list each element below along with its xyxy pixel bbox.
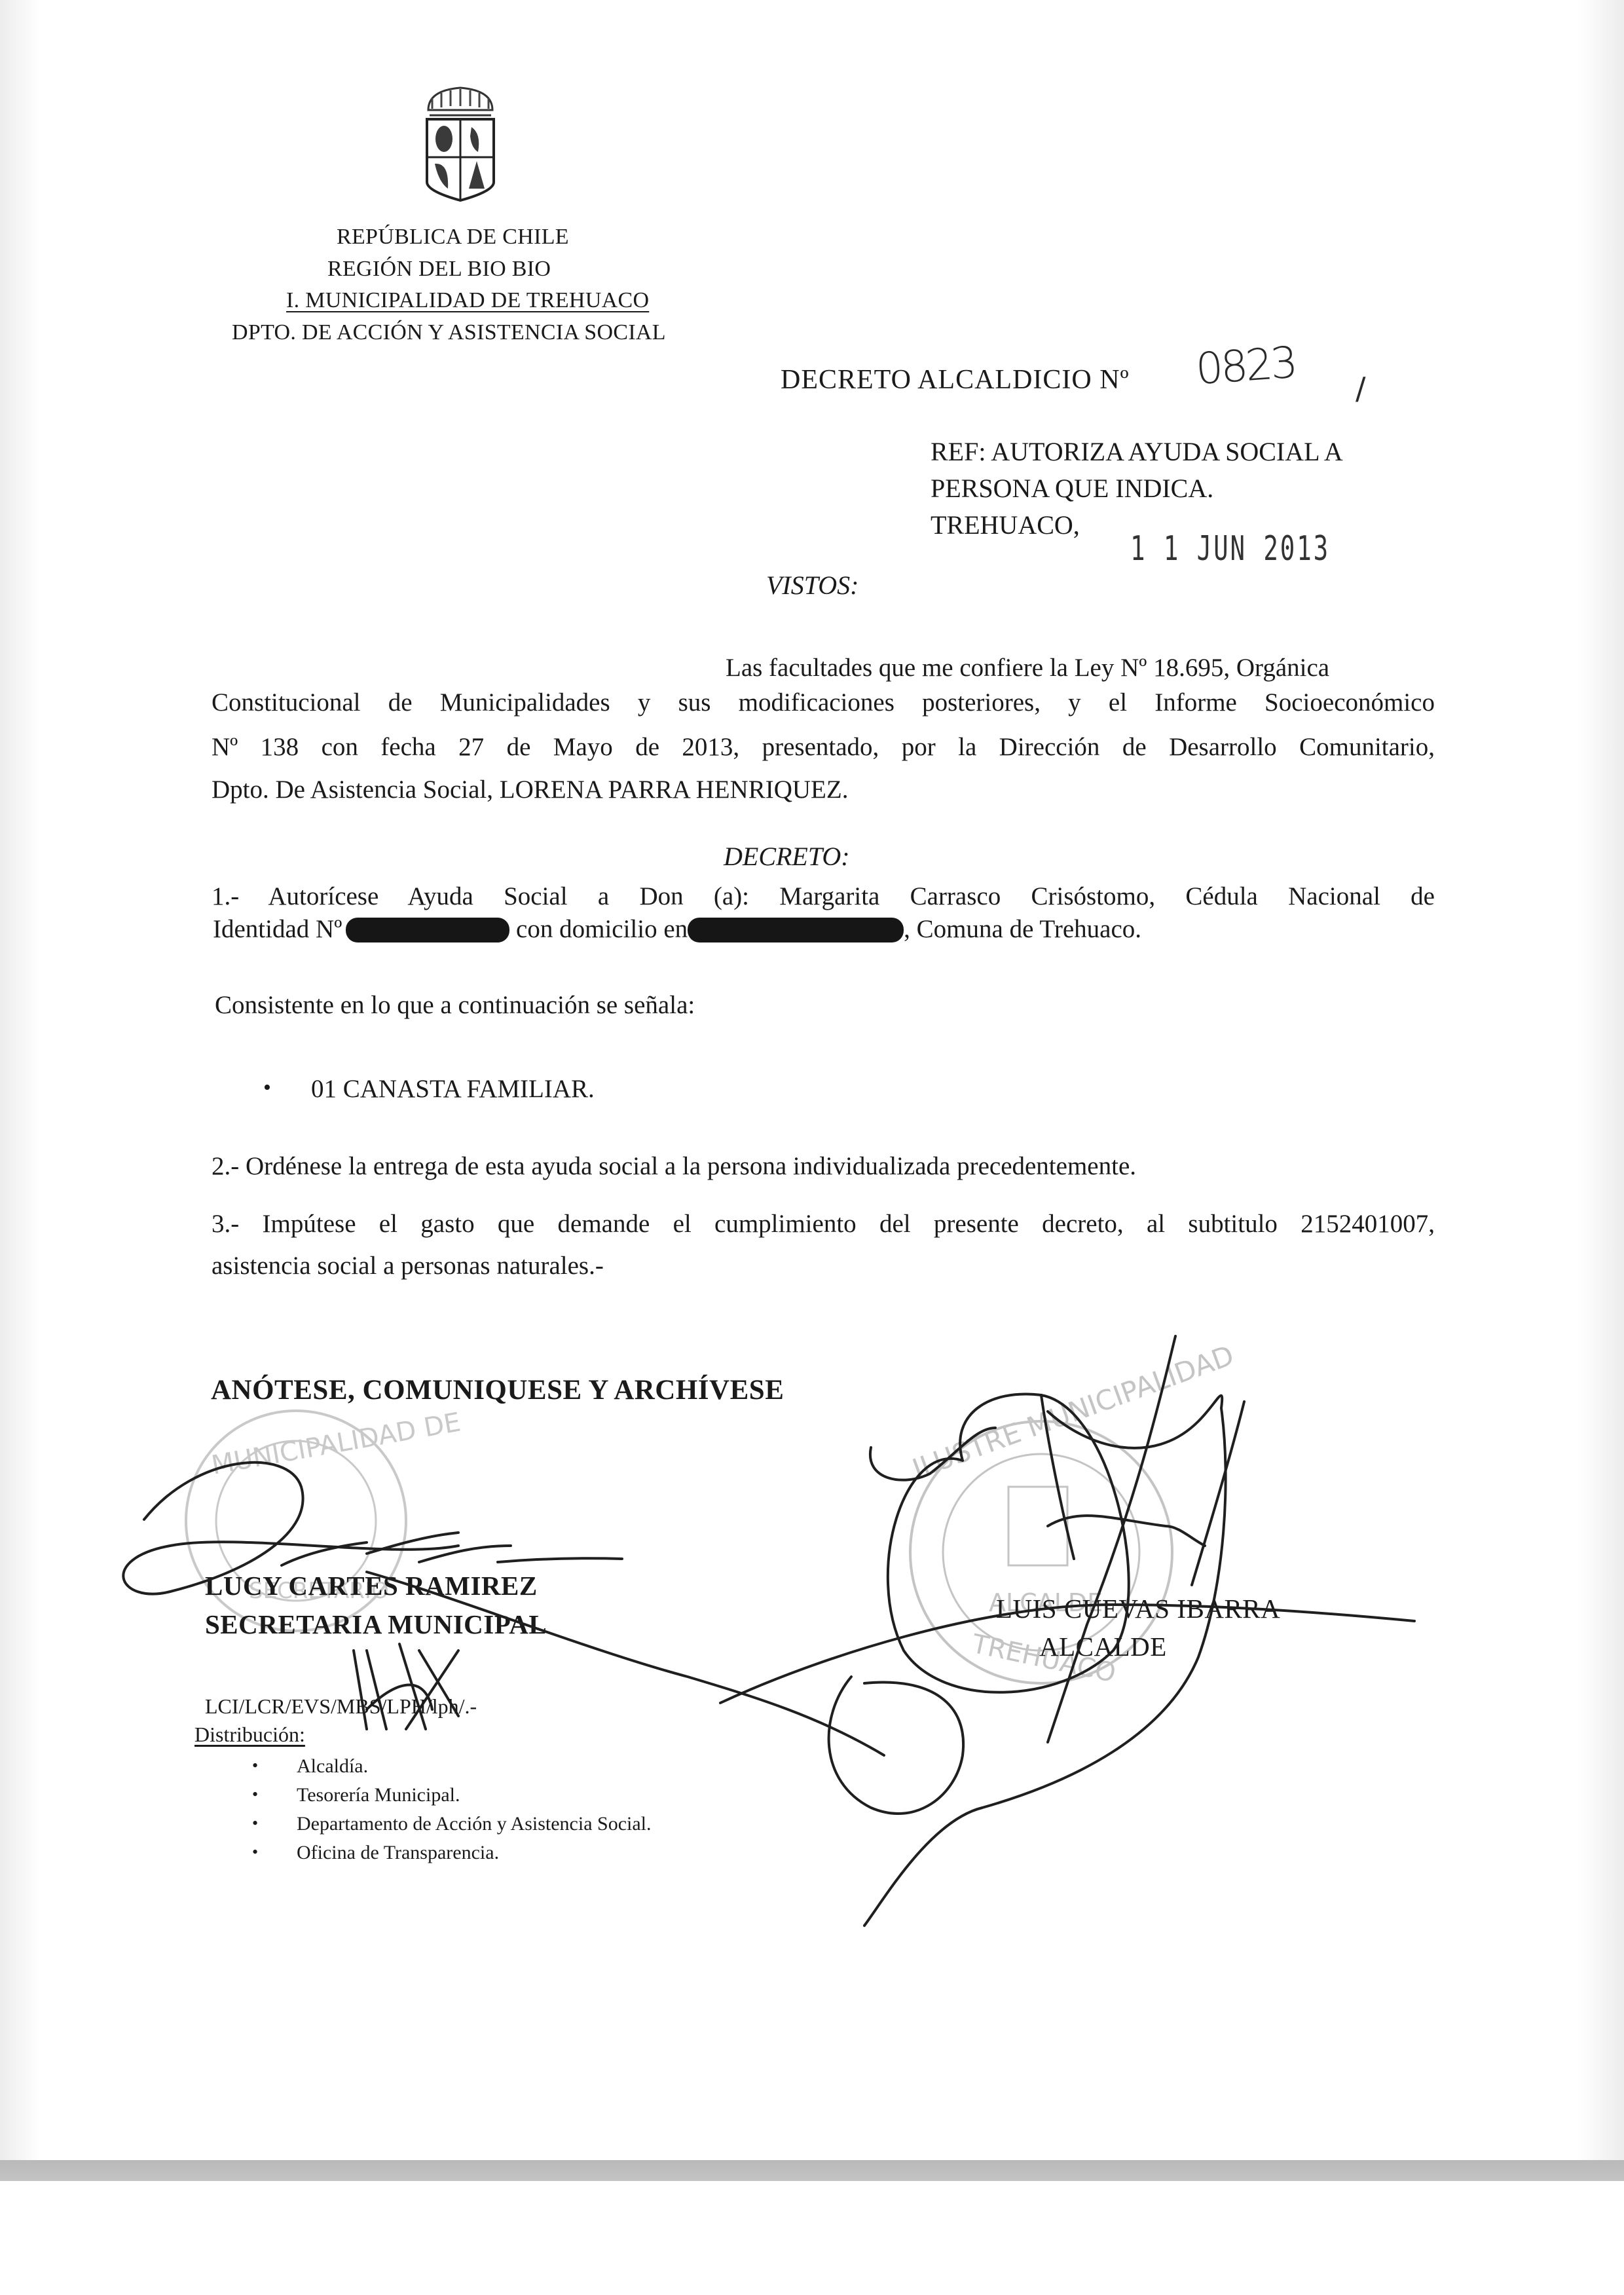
scanner-edge-band (0, 2160, 1624, 2181)
handwritten-signatures (0, 0, 1624, 2295)
typist-initials: LCI/LCR/EVS/MBS/LPH/lph/.- (205, 1694, 477, 1719)
right-signature (720, 1336, 1414, 1926)
bullet-icon: • (252, 1842, 258, 1862)
bullet-icon: • (252, 1814, 258, 1833)
bullet-icon: • (252, 1785, 258, 1804)
distribution-item: Alcaldía. (297, 1755, 368, 1778)
distribution-heading: Distribución: (194, 1723, 305, 1747)
distribution-item: Departamento de Acción y Asistencia Soci… (297, 1813, 652, 1835)
bullet-icon: • (252, 1756, 258, 1776)
document-page: REPÚBLICA DE CHILE REGIÓN DEL BIO BIO I.… (0, 0, 1624, 2295)
distribution-item: Tesorería Municipal. (297, 1784, 460, 1806)
distribution-item: Oficina de Transparencia. (297, 1842, 499, 1864)
